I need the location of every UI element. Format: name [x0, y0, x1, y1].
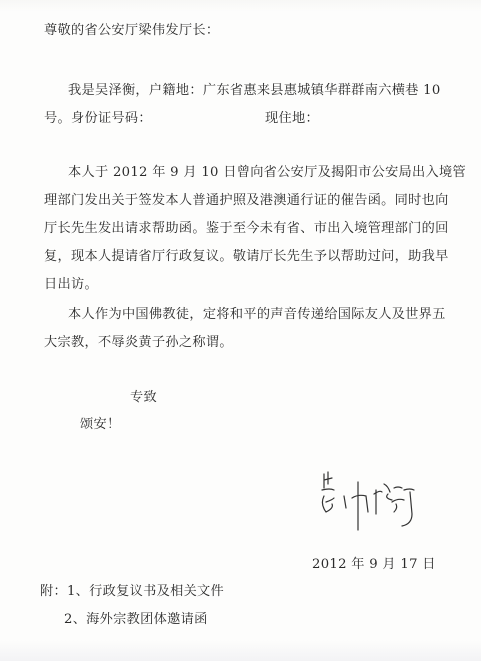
intro-line-2-id: 号。身份证号码：	[44, 111, 152, 127]
scanned-letter-page: 尊敬的省公安厅梁伟发厅长： 我是吴泽衡，户籍地：广东省惠来县惠城镇华群群南六横巷…	[0, 0, 481, 661]
intro-line-2-address: 现住地：	[265, 111, 319, 127]
paragraph-1-line-3: 厅长先生发出请求帮助函。鉴于至今未有省、市出入境管理部门的回	[44, 221, 449, 237]
handwritten-signature-icon	[318, 468, 428, 538]
paragraph-2-line-1: 本人作为中国佛教徒，定将和平的声音传递给国际友人及世界五	[68, 307, 446, 323]
closing-song-an: 颂安！	[80, 417, 120, 433]
paragraph-1-line-5: 日出访。	[44, 277, 98, 293]
attachment-item-1: 附：1、行政复议书及相关文件	[40, 584, 224, 600]
intro-line-1: 我是吴泽衡，户籍地：广东省惠来县惠城镇华群群南六横巷 10	[68, 83, 441, 99]
paragraph-1-line-4: 复，现本人提请省厅行政复议。敬请厅长先生予以帮助过问，助我早	[44, 249, 449, 265]
closing-zhuanzhi: 专致	[130, 390, 157, 406]
salutation: 尊敬的省公安厅梁伟发厅长：	[44, 23, 219, 39]
paragraph-1-line-2: 理部门发出关于签发本人普通护照及港澳通行证的催告函。同时也向	[44, 193, 449, 209]
date: 2012 年 9 月 17 日	[312, 557, 436, 573]
attachment-item-2: 2、海外宗教团体邀请函	[64, 612, 208, 628]
paragraph-1-line-1: 本人于 2012 年 9 月 10 日曾向省公安厅及揭阳市公安局出入境管	[68, 165, 466, 181]
paragraph-2-line-2: 大宗教，不辱炎黄子孙之称谓。	[44, 335, 233, 351]
